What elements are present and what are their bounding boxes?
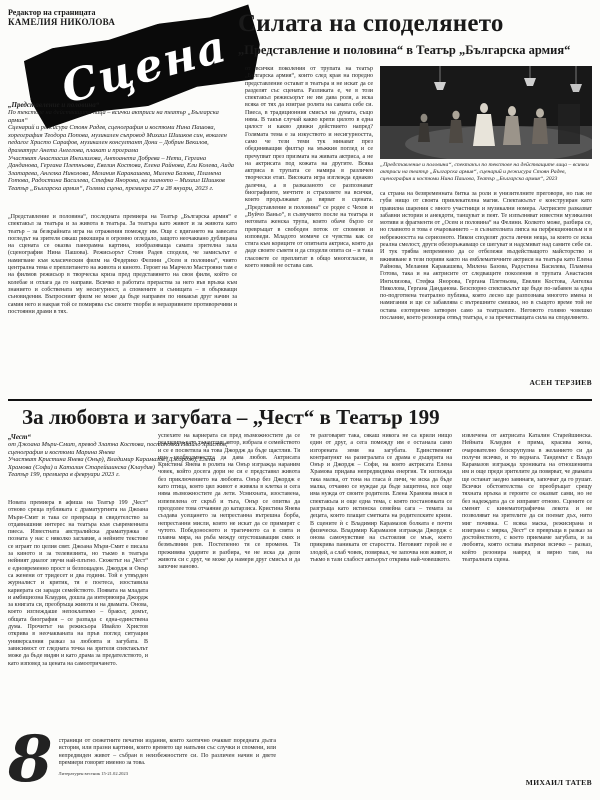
article1-subtitle: „Представление и половина“ в Театър „Бъл…	[238, 43, 594, 57]
article1-credits: „Представление и половина“ По текстове н…	[8, 101, 237, 193]
section-divider	[8, 399, 592, 401]
article2-column-2: успехите на кариерата си пред възможност…	[158, 433, 300, 729]
article2-column-4: извлечена от актрисата Каталин Старейшин…	[462, 433, 592, 763]
bottom-wrap-text: страници от сюжетните печатни издания, к…	[59, 734, 276, 767]
article2-title: За любовта и загубата – „Чест“ в Театър …	[22, 406, 592, 429]
page-number: 8	[8, 732, 53, 788]
newspaper-footer: Литературен вестник 15-21.02.2023	[58, 771, 276, 776]
editor-label: Редактор на страницата	[8, 8, 228, 17]
article2-column-1: Новата премиера в афиша на Театър 199 „Ч…	[8, 500, 148, 728]
newspaper-page: Редактор на страницата КАМЕЛИЯ НИКОЛОВА …	[0, 0, 600, 800]
article1-column-1: „Представление и половина“, последната п…	[8, 214, 237, 372]
article2-column-3: те разговарят така, сякаш никога не са к…	[310, 433, 452, 773]
article1-column-2: от всички поколения от трупата на театър…	[245, 66, 373, 372]
article1-byline: АСЕН ТЕРЗИЕВ	[380, 378, 592, 387]
stage-photo	[380, 66, 592, 159]
article1-credits-text: По текстове на действащите лица – всички…	[8, 109, 237, 193]
article1-column-3: са страна на безвременната битка за роли…	[380, 191, 592, 372]
article2-byline: МИХАИЛ ТАТЕВ	[462, 778, 592, 787]
article1-title: Силата на споделянето	[238, 10, 594, 37]
stage-photo-image	[380, 66, 592, 159]
section-banner-label: Сцена	[56, 21, 232, 114]
article1-credits-title: „Представление и половина“	[8, 101, 237, 109]
photo-caption: „Представление и половина“, спектакъл по…	[380, 162, 592, 183]
page-footer-block: 8 страници от сюжетните печатни издания,…	[8, 734, 276, 788]
